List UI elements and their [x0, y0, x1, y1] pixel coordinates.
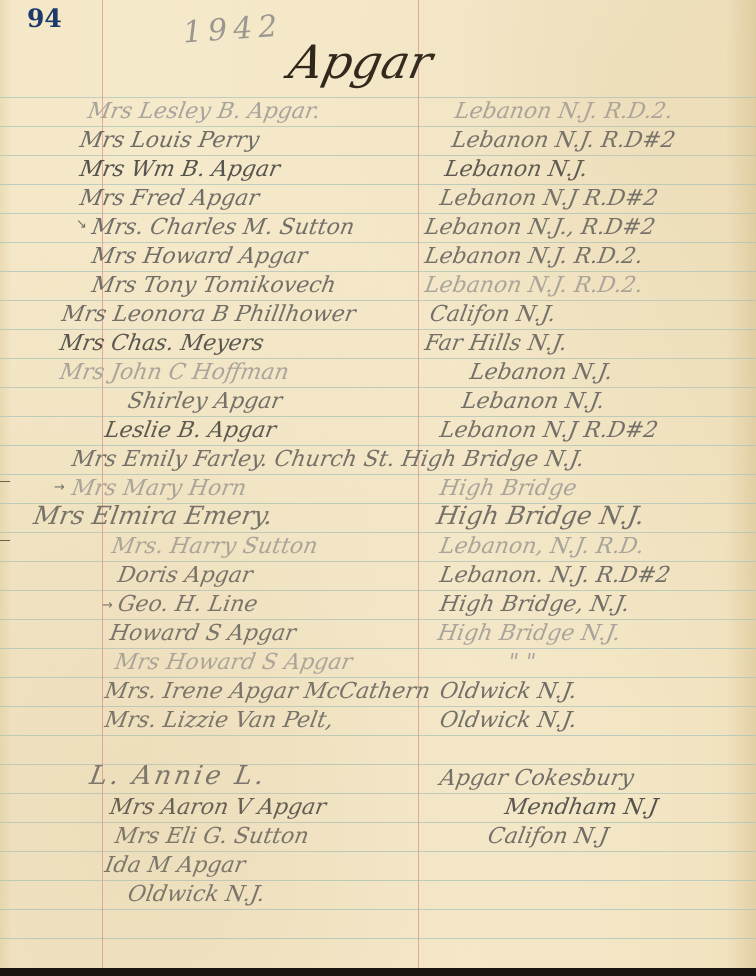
entry-name: Mrs Howard Apgar	[90, 244, 309, 269]
entry-name: Leslie B. Apgar	[103, 418, 278, 443]
arrow-mark-icon: →	[54, 480, 65, 495]
entry-row: Ida M Apgar	[0, 851, 756, 880]
entry-row: Mrs. Irene Apgar McCathern Oldwick N.J.	[0, 677, 756, 706]
entry-row: Mrs Howard Apgar Lebanon N.J. R.D.2.	[0, 242, 756, 271]
entry-place: Lebanon N.J.	[460, 389, 607, 414]
entry-place: Oldwick N.J.	[438, 679, 579, 704]
entry-place: High Bridge N.J.	[434, 501, 646, 530]
entry-row: → Mrs Mary Horn High Bridge	[0, 474, 756, 503]
entry-name: Mrs Chas. Meyers	[58, 331, 266, 356]
entry-row: Mrs. Lizzie Van Pelt, Oldwick N.J.	[0, 706, 756, 735]
entry-name: L. Annie L.	[87, 761, 269, 791]
entry-row: → Geo. H. Line High Bridge, N.J.	[0, 590, 756, 619]
year-heading: 1942	[182, 9, 285, 51]
entry-row: Mrs Lesley B. Apgar. Lebanon N.J. R.D.2.	[0, 97, 756, 126]
entry-name: Mrs Lesley B. Apgar.	[86, 99, 323, 124]
entry-row: Howard S Apgar High Bridge N.J.	[0, 619, 756, 648]
entry-name: Geo. H. Line	[116, 592, 260, 617]
entry-name: Mrs Eli G. Sutton	[113, 824, 311, 849]
entry-row: Doris Apgar Lebanon. N.J. R.D#2	[0, 561, 756, 590]
entry-name: Mrs Elmira Emery.	[31, 501, 275, 530]
entry-row: Oldwick N.J.	[0, 880, 756, 909]
entry-row: Mrs Fred Apgar Lebanon N.J R.D#2	[0, 184, 756, 213]
entry-name: Mrs Fred Apgar	[78, 186, 261, 211]
entry-name: Mrs Louis Perry	[78, 128, 261, 153]
entry-name: Ida M Apgar	[103, 853, 248, 878]
arrow-mark-icon: →	[102, 598, 113, 613]
entry-place: Lebanon N.J. R.D#2	[450, 128, 677, 153]
entry-place: Califon N.J.	[428, 302, 558, 327]
entry-place: Lebanon N.J.	[443, 157, 590, 182]
entry-name: Mrs Emily Farley. Church St. High Bridge…	[70, 447, 586, 472]
entry-name: Doris Apgar	[116, 563, 255, 588]
entry-place: " "	[506, 650, 538, 675]
entry-place: Lebanon N.J., R.D#2	[423, 215, 657, 240]
surname-heading: Apgar	[284, 35, 437, 89]
entry-row: L. Annie L. Apgar Cokesbury	[0, 764, 756, 793]
entry-place: Lebanon N.J R.D#2	[438, 418, 660, 443]
ledger-page: 94 1942 Apgar Mrs Lesley B. Apgar. Leban…	[0, 0, 756, 968]
entry-place: Far Hills N.J.	[423, 331, 569, 356]
entry-place: Lebanon. N.J. R.D#2	[438, 563, 672, 588]
entry-name: Mrs. Charles M. Sutton	[90, 215, 357, 240]
entry-name: Mrs Leonora B Phillhower	[60, 302, 358, 327]
entry-row: Shirley Apgar Lebanon N.J.	[0, 387, 756, 416]
entry-row: Mrs Emily Farley. Church St. High Bridge…	[0, 445, 756, 474]
entry-row: Mrs. Harry Sutton Lebanon, N.J. R.D.	[0, 532, 756, 561]
entry-place: Lebanon N.J R.D#2	[438, 186, 660, 211]
arrow-mark-icon: ↘	[76, 217, 87, 232]
entry-row: Mrs Louis Perry Lebanon N.J. R.D#2	[0, 126, 756, 155]
entry-name: Mrs John C Hoffman	[58, 360, 291, 385]
entry-place: Lebanon N.J. R.D.2.	[423, 273, 645, 298]
entry-row: Mrs Leonora B Phillhower Califon N.J.	[0, 300, 756, 329]
entry-name: Mrs Aaron V Apgar	[108, 795, 328, 820]
entry-place: Oldwick N.J.	[438, 708, 579, 733]
entry-row: ↘ Mrs. Charles M. Sutton Lebanon N.J., R…	[0, 213, 756, 242]
entry-row: Mrs Eli G. Sutton Califon N.J	[0, 822, 756, 851]
entry-place: High Bridge, N.J.	[438, 592, 632, 617]
entry-row: Mrs Elmira Emery. High Bridge N.J.	[0, 503, 756, 532]
page-number: 94	[27, 4, 62, 33]
entry-name: Mrs Howard S Apgar	[113, 650, 354, 675]
entry-place: Mendham N.J	[503, 795, 660, 820]
entry-name: Mrs. Lizzie Van Pelt,	[103, 708, 335, 733]
entry-row: Leslie B. Apgar Lebanon N.J R.D#2	[0, 416, 756, 445]
entry-place: Lebanon, N.J. R.D.	[438, 534, 646, 559]
entry-row: Mrs Chas. Meyers Far Hills N.J.	[0, 329, 756, 358]
entry-name: Mrs. Irene Apgar McCathern	[103, 679, 432, 704]
entry-place: High Bridge N.J.	[436, 621, 623, 646]
entry-place: Lebanon N.J. R.D.2.	[453, 99, 675, 124]
entry-row: Mrs Howard S Apgar " "	[0, 648, 756, 677]
entry-row: Mrs John C Hoffman Lebanon N.J.	[0, 358, 756, 387]
entry-place: Califon N.J	[486, 824, 611, 849]
entry-name: Oldwick N.J.	[126, 882, 267, 907]
entry-place: Lebanon N.J.	[468, 360, 615, 385]
entry-name: Mrs Tony Tomikovech	[90, 273, 338, 298]
entry-name: Mrs Mary Horn	[70, 476, 248, 501]
entry-row: Mrs Wm B. Apgar Lebanon N.J.	[0, 155, 756, 184]
entry-row: Mrs Aaron V Apgar Mendham N.J	[0, 793, 756, 822]
entry-place: Apgar Cokesbury	[438, 766, 636, 791]
entry-name: Mrs Wm B. Apgar	[78, 157, 282, 182]
entry-place: High Bridge	[438, 476, 579, 501]
entry-name: Shirley Apgar	[126, 389, 284, 414]
entry-name: Howard S Apgar	[108, 621, 298, 646]
entry-row: Mrs Tony Tomikovech Lebanon N.J. R.D.2.	[0, 271, 756, 300]
entry-name: Mrs. Harry Sutton	[110, 534, 320, 559]
entry-place: Lebanon N.J. R.D.2.	[423, 244, 645, 269]
